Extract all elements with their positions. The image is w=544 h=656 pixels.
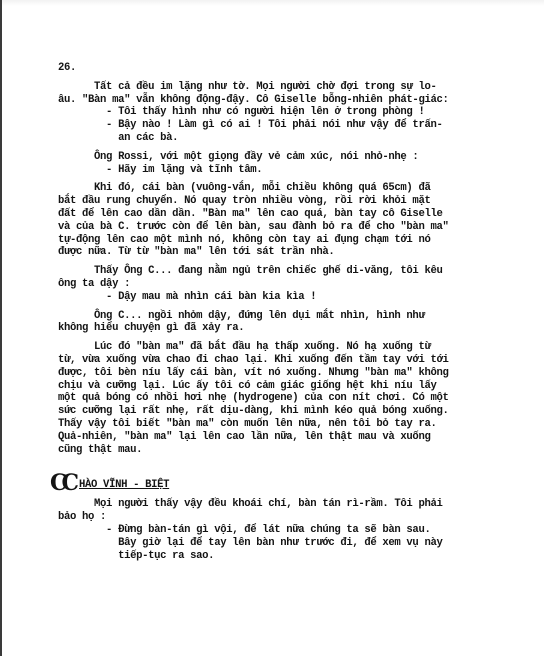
text-line: một quả bóng có nhồi hơi nhẹ (hydrogene)… <box>58 392 478 405</box>
text-line: cũng thật mau. <box>58 444 478 457</box>
text-line: được nữa. Từ từ "bàn ma" lên tới sát trầ… <box>58 246 478 259</box>
text-line: - Đừng bàn-tán gì vội, để lát nữa chúng … <box>58 524 478 537</box>
text-line: Quả-nhiên, "bàn ma" lại lên cao lần nữa,… <box>58 431 478 444</box>
text-line: được, tôi bèn níu lấy cái bàn, vít nó xu… <box>58 367 478 380</box>
text-line: - Hãy im lặng và tĩnh tâm. <box>58 164 478 177</box>
paragraph: Ông Rossi, với một giọng đầy vẻ cảm xúc,… <box>58 151 478 177</box>
text-line: âu. "Bàn ma" vẫn không động-đậy. Cô Gise… <box>58 94 478 107</box>
document-page: 26. Tất cả đều im lặng như tờ. Mọi người… <box>58 62 478 562</box>
body-paragraphs: Tất cả đều im lặng như tờ. Mọi người chờ… <box>58 81 478 457</box>
text-line: Thấy vậy tôi biết "bàn ma" còn muốn lên … <box>58 418 478 431</box>
text-line: Ông Rossi, với một giọng đầy vẻ cảm xúc,… <box>58 151 478 164</box>
paragraph: Mọi người thấy vậy đều khoái chí, bàn tá… <box>58 498 478 562</box>
paragraph: Thấy Ông C... đang nằm ngủ trên chiếc gh… <box>58 265 478 303</box>
text-line: Mọi người thấy vậy đều khoái chí, bàn tá… <box>58 498 478 511</box>
text-line: Lúc đó "bàn ma" đã bắt đầu hạ thấp xuống… <box>58 341 478 354</box>
text-line: - Dậy mau mà nhìn cái bàn kia kìa ! <box>58 291 478 304</box>
text-line: Bây giờ lại để tay lên bàn như trước đi,… <box>58 537 478 550</box>
text-line: chịu và cưỡng lại. Lúc ấy tôi có cảm giá… <box>58 380 478 393</box>
text-line: Khi đó, cái bàn (vuông-vắn, mỗi chiều kh… <box>58 182 478 195</box>
viewer-top-shadow <box>2 0 544 6</box>
text-line: sức cưỡng lại rất nhẹ, rất dịu-dàng, khi… <box>58 405 478 418</box>
viewer-left-border <box>0 0 2 656</box>
text-line: an các bà. <box>58 132 478 145</box>
paragraph: Khi đó, cái bàn (vuông-vắn, mỗi chiều kh… <box>58 182 478 259</box>
closing-paragraphs: Mọi người thấy vậy đều khoái chí, bàn tá… <box>58 498 478 562</box>
text-line: Ông C... ngồi nhỏm dậy, đứng lên dụi mắt… <box>58 310 478 323</box>
text-line: - Tôi thấy hình như có người hiện lên ở … <box>58 106 478 119</box>
text-line: từ, vừa xuống vừa chao đi chao lại. Khi … <box>58 354 478 367</box>
text-line: bảo họ : <box>58 511 478 524</box>
text-line: tự-động lên cao một mình nó, không còn t… <box>58 234 478 247</box>
text-line: và của bà C. trước còn để lên bàn, sau đ… <box>58 221 478 234</box>
text-line: ông ta dậy : <box>58 278 478 291</box>
text-line: Thấy Ông C... đang nằm ngủ trên chiếc gh… <box>58 265 478 278</box>
text-line: đất để lên cao dần dần. "Bàn ma" lên cao… <box>58 208 478 221</box>
text-line: tiếp-tục ra sao. <box>58 550 478 563</box>
paragraph: Lúc đó "bàn ma" đã bắt đầu hạ thấp xuống… <box>58 341 478 456</box>
page-number: 26. <box>58 62 478 75</box>
text-line: Tất cả đều im lặng như tờ. Mọi người chờ… <box>58 81 478 94</box>
text-line: bắt đầu rung chuyển. Nó quay tròn nhiều … <box>58 195 478 208</box>
text-line: - Bậy nào ! Làm gì có ai ! Tôi phải nói … <box>58 119 478 132</box>
text-line: không hiểu chuyện gì đã xảy ra. <box>58 322 478 335</box>
paragraph: Ông C... ngồi nhỏm dậy, đứng lên dụi mắt… <box>58 310 478 336</box>
decorative-dropcap-icon: CC <box>50 472 73 494</box>
paragraph: Tất cả đều im lặng như tờ. Mọi người chờ… <box>58 81 478 145</box>
section-heading-text: HÀO VĨNH - BIỆT <box>79 479 169 495</box>
section-heading: CC HÀO VĨNH - BIỆT <box>50 472 478 494</box>
